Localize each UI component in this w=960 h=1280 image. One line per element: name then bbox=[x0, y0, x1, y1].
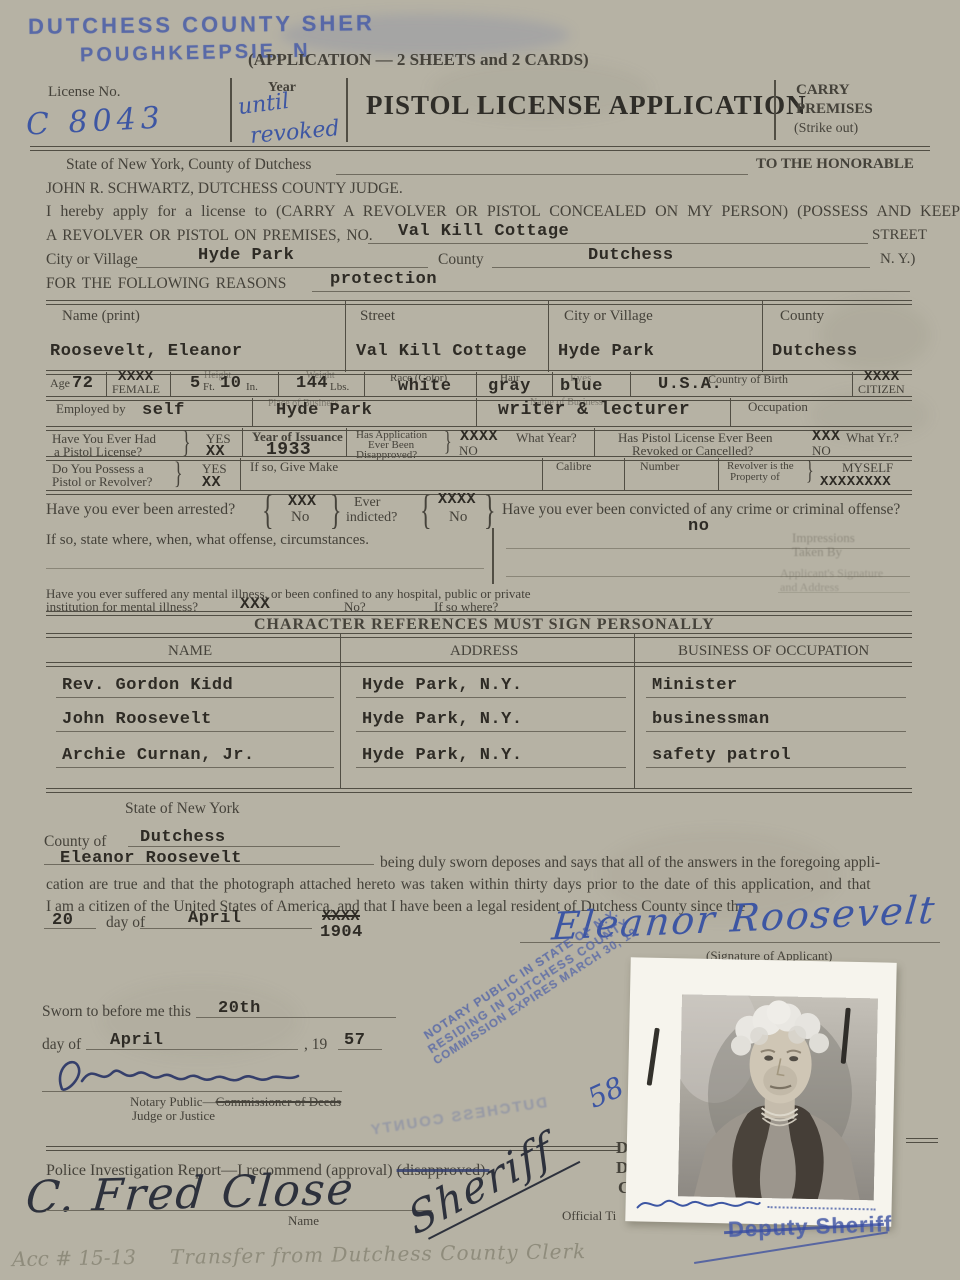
year-handwriting-2: revoked bbox=[249, 116, 340, 149]
reference-row-name: Rev. Gordon Kidd bbox=[62, 676, 233, 695]
divider bbox=[345, 300, 346, 372]
affidavit-month: April bbox=[188, 909, 242, 928]
arrested-question: Have you ever been arrested? bbox=[46, 501, 235, 519]
owner-label-2: Property of bbox=[730, 471, 780, 483]
arrested-no: No bbox=[291, 509, 309, 526]
reference-row-business: safety patrol bbox=[652, 746, 791, 765]
notary-stamp-line3: COMMISSION EXPIRES MARCH 30, 19 bbox=[423, 921, 648, 1073]
line bbox=[506, 548, 910, 549]
reference-row-business: Minister bbox=[652, 676, 738, 695]
divider bbox=[364, 372, 365, 396]
affidavit-year: 1904 bbox=[320, 923, 363, 942]
state-county-line: State of New York, County of Dutchess bbox=[66, 156, 311, 174]
affidavit-day-of: day of bbox=[106, 914, 145, 932]
lbs-label: Lbs. bbox=[330, 381, 349, 393]
sex-label: FEMALE bbox=[112, 382, 160, 397]
line bbox=[338, 1049, 382, 1050]
name-header: Name (print) bbox=[62, 308, 140, 325]
notary-title-struck: Commissioner of Deeds bbox=[216, 1094, 342, 1109]
references-address-header: ADDRESS bbox=[450, 643, 518, 660]
rule bbox=[46, 662, 912, 667]
reasons-label: FOR THE FOLLOWING REASONS bbox=[46, 275, 286, 293]
line bbox=[492, 267, 870, 268]
comma-19-label: , 19 bbox=[304, 1036, 327, 1054]
number-label: Number bbox=[640, 459, 679, 474]
bleedthrough-text: Applicant's Signature bbox=[780, 566, 883, 581]
city-header: City or Village bbox=[564, 308, 653, 325]
reference-row-address: Hyde Park, N.Y. bbox=[362, 676, 523, 695]
reference-row-business: businessman bbox=[652, 710, 770, 729]
divider bbox=[346, 428, 347, 456]
county-value: Dutchess bbox=[772, 342, 858, 361]
affidavit-line2: cation are true and that the photograph … bbox=[46, 876, 871, 894]
brace: } bbox=[444, 428, 452, 459]
divider bbox=[630, 372, 631, 396]
line bbox=[46, 1210, 432, 1211]
carry-label: CARRY bbox=[796, 82, 850, 99]
line bbox=[312, 291, 910, 292]
in-label: In. bbox=[246, 381, 258, 393]
divider bbox=[852, 372, 853, 396]
city-village-value: Hyde Park bbox=[198, 246, 294, 265]
name-label: Name bbox=[288, 1213, 319, 1229]
divider bbox=[476, 372, 477, 396]
height-in-value: 10 bbox=[220, 374, 241, 393]
indicted-x: XXXX bbox=[438, 491, 476, 508]
staple-mark bbox=[647, 1028, 660, 1086]
judge-line: JOHN R. SCHWARTZ, DUTCHESS COUNTY JUDGE. bbox=[46, 180, 403, 198]
divider bbox=[340, 633, 341, 788]
employed-by-label: Employed by bbox=[56, 401, 126, 417]
county-value: Dutchess bbox=[588, 246, 674, 265]
affidavit-county-value: Dutchess bbox=[140, 828, 226, 847]
weight-value: 144 bbox=[296, 374, 328, 393]
transfer-note: Transfer from Dutchess County Clerk bbox=[170, 1239, 587, 1269]
myself-strikeout: XXXXXXXX bbox=[820, 474, 891, 490]
line bbox=[646, 697, 906, 698]
line bbox=[136, 267, 428, 268]
reasons-value: protection bbox=[330, 270, 437, 289]
license-no-label: License No. bbox=[48, 84, 120, 101]
form-title: PISTOL LICENSE APPLICATION bbox=[366, 90, 807, 121]
divider bbox=[634, 633, 635, 788]
divider bbox=[548, 300, 549, 372]
birth-label: Country of Birth bbox=[708, 372, 788, 387]
possess-q2: Pistol or Revolver? bbox=[52, 474, 152, 490]
age-value: 72 bbox=[72, 374, 93, 393]
line bbox=[356, 697, 626, 698]
notary-stamp-line1: NOTARY PUBLIC IN STATE OF N.Y. bbox=[408, 897, 634, 1050]
divider bbox=[718, 458, 719, 491]
indicted-no: No bbox=[449, 509, 467, 526]
race-value: white bbox=[398, 377, 452, 396]
county-label: County bbox=[438, 251, 484, 269]
divider bbox=[762, 300, 763, 372]
street-value: Val Kill Cottage bbox=[356, 342, 527, 361]
what-year-label: What Year? bbox=[516, 430, 577, 446]
line bbox=[336, 174, 748, 175]
line bbox=[46, 568, 484, 569]
affidavit-line1: being duly sworn deposes and says that a… bbox=[380, 854, 880, 872]
brace: } bbox=[182, 425, 191, 461]
citizen-label: CITIZEN bbox=[858, 382, 905, 397]
official-title-label: Official Ti bbox=[562, 1208, 616, 1224]
bleedthrough-text: Taken By bbox=[792, 544, 842, 560]
year-handwriting-1: until bbox=[237, 89, 291, 120]
notary-stamp: NOTARY PUBLIC IN STATE OF N.Y. RESIDING … bbox=[408, 897, 648, 1072]
line bbox=[56, 697, 334, 698]
place-of-business-value: Hyde Park bbox=[276, 401, 372, 420]
convicted-value: no bbox=[688, 517, 709, 536]
premises-label: PREMISES bbox=[796, 101, 873, 118]
line bbox=[42, 1091, 342, 1092]
brace: } bbox=[174, 456, 183, 492]
brace: { bbox=[262, 490, 274, 536]
affidavit-deponent: Eleanor Roosevelt bbox=[60, 849, 242, 868]
affidavit-state: State of New York bbox=[125, 800, 240, 818]
references-business-header: BUSINESS OF OCCUPATION bbox=[678, 643, 869, 660]
line bbox=[356, 767, 626, 768]
notary-day-of: day of bbox=[42, 1036, 81, 1054]
scanned-pistol-license-application: DUTCHESS COUNTY SHER POUGHKEEPSIE, N (AP… bbox=[0, 0, 960, 1280]
dotted-line bbox=[768, 1206, 876, 1210]
indicted-label-1: Ever bbox=[354, 495, 380, 511]
line bbox=[128, 846, 340, 847]
divider bbox=[170, 372, 171, 396]
street-label: STREET bbox=[872, 227, 927, 244]
city-value: Hyde Park bbox=[558, 342, 654, 361]
brace: { bbox=[420, 490, 432, 536]
divider bbox=[242, 428, 243, 456]
calibre-label: Calibre bbox=[556, 459, 591, 474]
divider bbox=[552, 372, 553, 396]
line bbox=[356, 731, 626, 732]
eyes-value: blue bbox=[560, 377, 603, 396]
reference-row-address: Hyde Park, N.Y. bbox=[362, 710, 523, 729]
divider bbox=[542, 458, 543, 491]
divider bbox=[106, 372, 107, 396]
divider bbox=[624, 458, 625, 491]
notary-title-b: Judge or Justice bbox=[132, 1108, 215, 1124]
bleedthrough-county-stamp: DUTCHESS COUNTY bbox=[368, 1094, 548, 1139]
brace: } bbox=[806, 457, 814, 488]
rule bbox=[46, 633, 912, 638]
to-the-honorable: TO THE HONORABLE bbox=[756, 156, 914, 173]
name-value: Roosevelt, Eleanor bbox=[50, 342, 243, 361]
line bbox=[56, 731, 334, 732]
indicted-label-2: indicted? bbox=[346, 510, 397, 526]
divider bbox=[492, 528, 494, 584]
strike-out-label: (Strike out) bbox=[794, 121, 858, 137]
divider bbox=[278, 372, 279, 396]
give-make-label: If so, Give Make bbox=[250, 459, 338, 475]
sworn-label: Sworn to before me this bbox=[42, 1003, 191, 1021]
divider bbox=[230, 78, 232, 142]
sworn-day-value: 20th bbox=[218, 999, 261, 1018]
divider bbox=[774, 80, 776, 140]
county-header: County bbox=[780, 308, 824, 325]
ny-label: N. Y.) bbox=[880, 251, 915, 268]
notary-month-value: April bbox=[110, 1031, 164, 1050]
line bbox=[44, 928, 96, 929]
line bbox=[140, 928, 312, 929]
line bbox=[44, 864, 374, 865]
sheriff-stamp-line1: DUTCHESS COUNTY SHER bbox=[28, 10, 375, 40]
rule bbox=[46, 300, 912, 305]
line bbox=[196, 1017, 396, 1018]
applicant-photo-card bbox=[625, 957, 896, 1227]
arrested-x: XXX bbox=[288, 493, 317, 510]
notary-stamp-year: 58 bbox=[583, 1070, 629, 1115]
line bbox=[86, 1049, 298, 1050]
reference-row-address: Hyde Park, N.Y. bbox=[362, 746, 523, 765]
rule bbox=[46, 788, 912, 793]
line bbox=[368, 243, 868, 244]
license-no-value: C 8043 bbox=[25, 100, 165, 142]
divider bbox=[346, 78, 348, 142]
premises-value: Val Kill Cottage bbox=[398, 222, 569, 241]
city-village-label: City or Village bbox=[46, 251, 138, 269]
possess-x: XX bbox=[202, 474, 221, 491]
form-subtitle: (APPLICATION — 2 SHEETS and 2 CARDS) bbox=[248, 50, 589, 70]
line bbox=[778, 592, 910, 593]
brace: } bbox=[330, 490, 342, 536]
if-so-state-label: If so, state where, when, what offense, … bbox=[46, 532, 369, 549]
employed-by-value: self bbox=[142, 401, 185, 420]
divider bbox=[240, 458, 241, 491]
notary-stamp-line2: RESIDING IN DUTCHESS COUNTY bbox=[416, 909, 642, 1062]
notary-title-a: Notary Public— bbox=[130, 1094, 216, 1109]
rule bbox=[30, 146, 930, 151]
line bbox=[646, 731, 906, 732]
street-header: Street bbox=[360, 308, 395, 325]
rule bbox=[906, 1138, 938, 1143]
references-title: CHARACTER REFERENCES MUST SIGN PERSONALL… bbox=[254, 616, 715, 634]
apply-line: I hereby apply for a license to (CARRY A… bbox=[46, 203, 960, 221]
notary-signature bbox=[52, 1053, 332, 1095]
what-yr-label: What Yr.? bbox=[846, 430, 899, 446]
divider bbox=[730, 398, 731, 426]
reference-row-name: John Roosevelt bbox=[62, 710, 212, 729]
reference-row-name: Archie Curnan, Jr. bbox=[62, 746, 255, 765]
line bbox=[646, 767, 906, 768]
divider bbox=[252, 398, 253, 426]
ft-label: Ft. bbox=[203, 381, 215, 393]
height-ft-value: 5 bbox=[190, 374, 201, 393]
divider bbox=[594, 428, 595, 456]
references-name-header: NAME bbox=[168, 643, 212, 660]
notary-year-value: 57 bbox=[344, 1031, 365, 1050]
occupation-label: Occupation bbox=[748, 399, 808, 415]
accession-note: Acc # 15-13 bbox=[12, 1245, 136, 1271]
premises-no-label: A REVOLVER OR PISTOL ON PREMISES, NO. bbox=[46, 227, 373, 245]
age-label: Age bbox=[50, 376, 70, 391]
occupation-value: writer & lecturer bbox=[498, 400, 690, 420]
rule bbox=[46, 490, 912, 495]
hair-value: gray bbox=[488, 377, 531, 396]
line bbox=[56, 767, 334, 768]
divider bbox=[476, 398, 477, 426]
